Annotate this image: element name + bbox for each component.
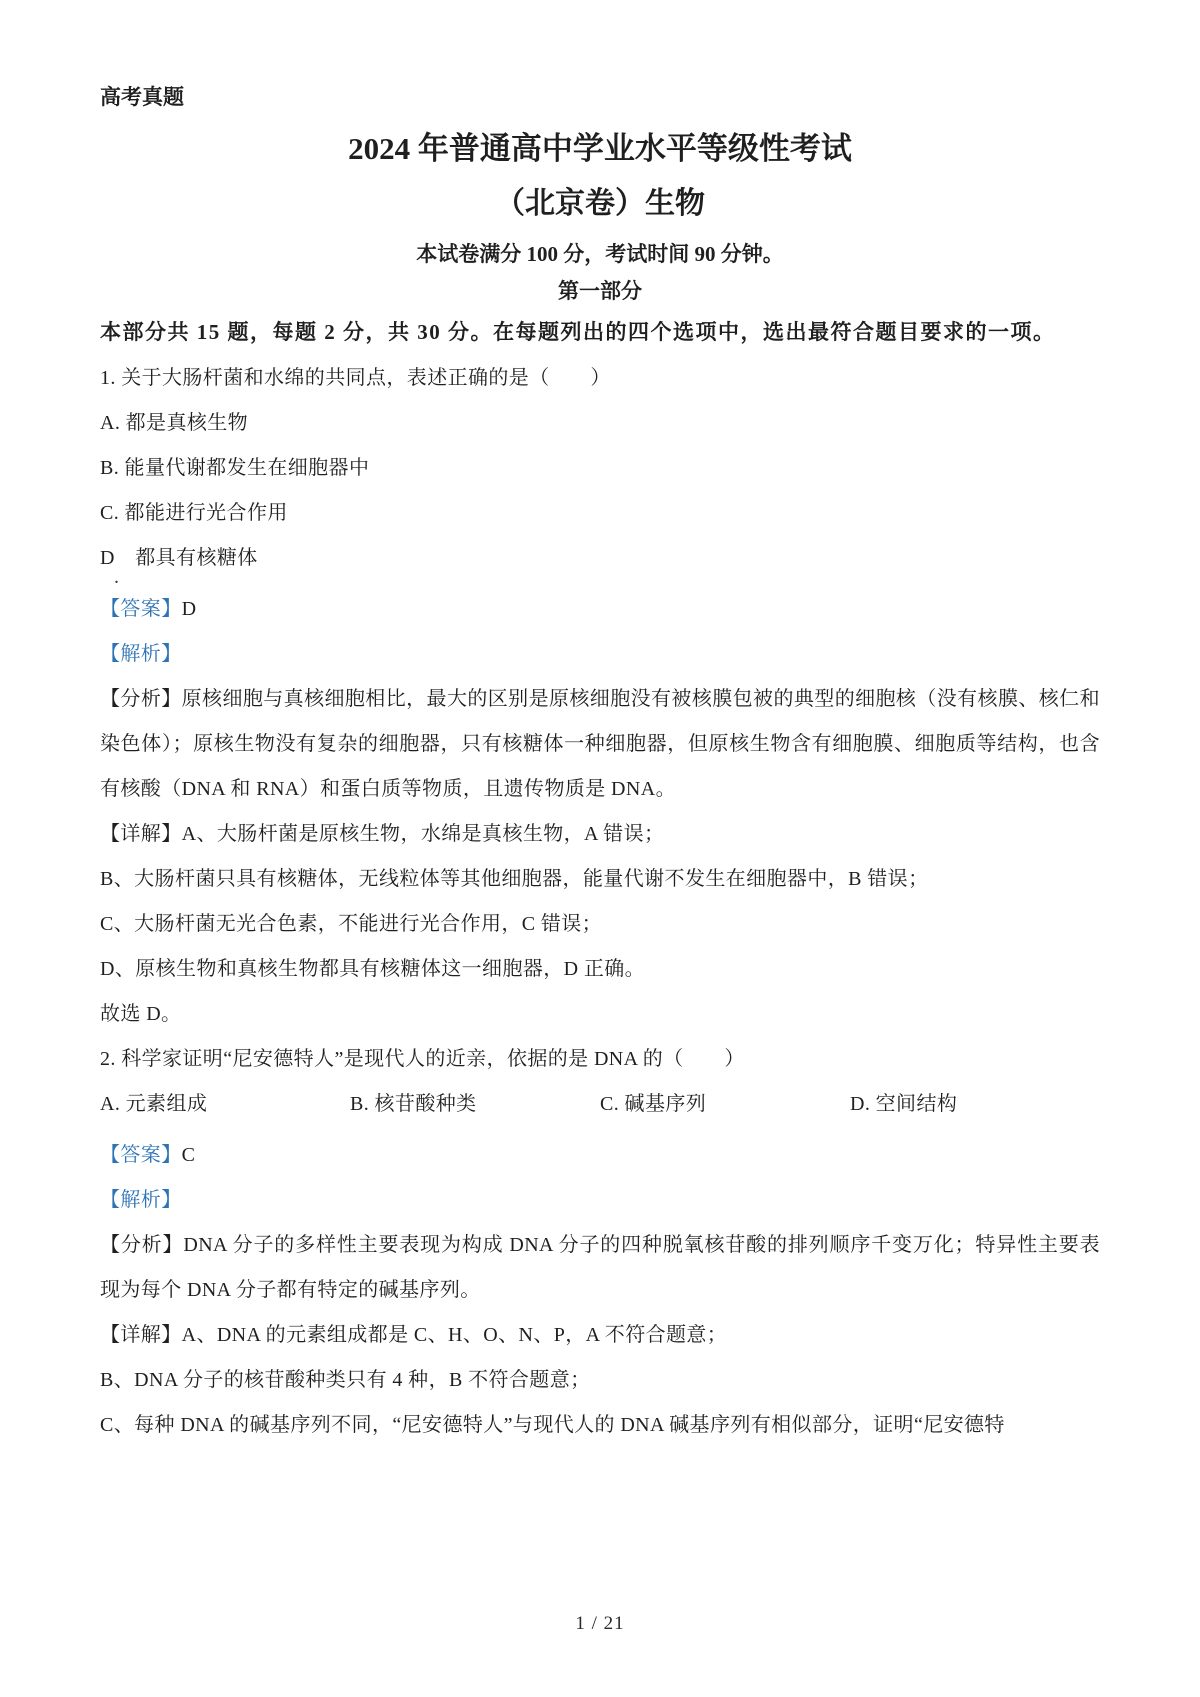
q1-answer-value: D	[182, 598, 197, 620]
q1-option-b: B. 能量代谢都发生在细胞器中	[100, 446, 1100, 491]
q2-option-a: A. 元素组成	[100, 1082, 350, 1127]
q1-answer-line: 【答案】D	[100, 587, 1100, 632]
page-number: 1 / 21	[0, 1613, 1200, 1635]
q2-option-d: D. 空间结构	[850, 1082, 1100, 1127]
q2-detail-c: C、每种 DNA 的碱基序列不同，“尼安德特人”与现代人的 DNA 碱基序列有相…	[100, 1403, 1100, 1448]
corner-label: 高考真题	[100, 84, 1100, 110]
q2-option-b: B. 核苷酸种类	[350, 1082, 600, 1127]
q2-answer-label: 【答案】	[100, 1144, 182, 1166]
q2-detail-a: 【详解】A、DNA 的元素组成都是 C、H、O、N、P，A 不符合题意；	[100, 1313, 1100, 1358]
q1-detail-c: C、大肠杆菌无光合色素，不能进行光合作用，C 错误；	[100, 902, 1100, 947]
exam-info: 本试卷满分 100 分，考试时间 90 分钟。	[100, 239, 1100, 269]
q2-answer-value: C	[182, 1144, 196, 1166]
q2-detail-b: B、DNA 分子的核苷酸种类只有 4 种，B 不符合题意；	[100, 1358, 1100, 1403]
q1-option-c: C. 都能进行光合作用	[100, 491, 1100, 536]
page-title: 2024 年普通高中学业水平等级性考试	[100, 130, 1100, 168]
q1-detail-a: 【详解】A、大肠杆菌是原核生物，水绵是真核生物，A 错误；	[100, 812, 1100, 857]
q1-analysis-paragraph: 【分析】原核细胞与真核细胞相比，最大的区别是原核细胞没有被核膜包被的典型的细胞核…	[100, 677, 1100, 812]
q2-options-row: A. 元素组成 B. 核苷酸种类 C. 碱基序列 D. 空间结构	[100, 1082, 1100, 1127]
q2-option-c: C. 碱基序列	[600, 1082, 850, 1127]
q1-option-d: D 都具有核糖体.	[100, 536, 1100, 581]
q2-analysis-paragraph: 【分析】DNA 分子的多样性主要表现为构成 DNA 分子的四种脱氧核苷酸的排列顺…	[100, 1223, 1100, 1313]
stray-period-mark: .	[114, 567, 119, 587]
q1-answer-label: 【答案】	[100, 598, 182, 620]
page-subtitle: （北京卷）生物	[100, 185, 1100, 223]
q1-analysis-label: 【解析】	[100, 632, 1100, 677]
q2-stem: 2. 科学家证明“尼安德特人”是现代人的近亲，依据的是 DNA 的（ ）	[100, 1037, 1100, 1082]
q2-analysis-label: 【解析】	[100, 1178, 1100, 1223]
q1-stem: 1. 关于大肠杆菌和水绵的共同点，表述正确的是（ ）	[100, 356, 1100, 401]
q1-option-d-text: D 都具有核糖体	[100, 547, 258, 569]
section-title: 第一部分	[100, 276, 1100, 306]
question-2: 2. 科学家证明“尼安德特人”是现代人的近亲，依据的是 DNA 的（ ） A. …	[100, 1037, 1100, 1448]
q1-conclusion: 故选 D。	[100, 992, 1100, 1037]
q1-option-a: A. 都是真核生物	[100, 401, 1100, 446]
q1-detail-d: D、原核生物和真核生物都具有核糖体这一细胞器，D 正确。	[100, 947, 1100, 992]
exam-page: 高考真题 2024 年普通高中学业水平等级性考试 （北京卷）生物 本试卷满分 1…	[0, 0, 1200, 1697]
question-1: 1. 关于大肠杆菌和水绵的共同点，表述正确的是（ ） A. 都是真核生物 B. …	[100, 356, 1100, 1037]
section-desc: 本部分共 15 题，每题 2 分，共 30 分。在每题列出的四个选项中，选出最符…	[100, 313, 1100, 351]
q2-answer-line: 【答案】C	[100, 1133, 1100, 1178]
q1-detail-b: B、大肠杆菌只具有核糖体，无线粒体等其他细胞器，能量代谢不发生在细胞器中，B 错…	[100, 857, 1100, 902]
